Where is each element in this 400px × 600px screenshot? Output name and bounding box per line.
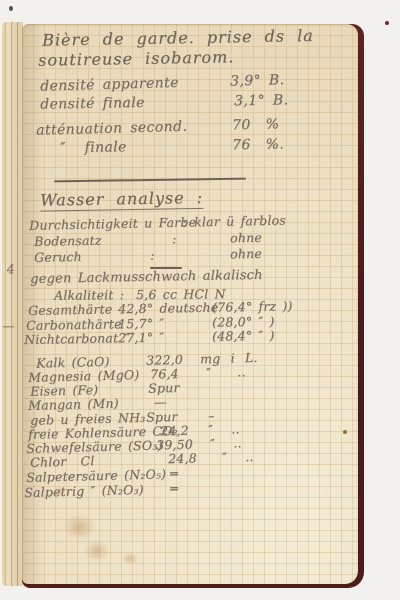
edge-number: 4 bbox=[6, 261, 15, 277]
foxing-stain bbox=[122, 552, 138, 565]
chlor-value: 24,8 bbox=[168, 450, 197, 466]
alkalinity-label: Alkaliteit : bbox=[54, 287, 124, 303]
noncarbonate-hardness-french: (48,4° ″ ) bbox=[212, 328, 275, 344]
kalk-row: Kalk (CaO) 322,0 mg i L. bbox=[22, 347, 358, 356]
density-final-value: 3,1° B. bbox=[234, 92, 289, 109]
total-hardness-label: Gesamthärte bbox=[28, 301, 112, 317]
litmus-row: gegen Lackmus schwach alkalisch bbox=[22, 266, 358, 272]
density-final-label: densité finale bbox=[40, 95, 145, 113]
paper-speck bbox=[343, 430, 347, 434]
odor-colon: : bbox=[150, 248, 155, 263]
total-hardness-french: (76,4° frz )) bbox=[212, 298, 293, 314]
odor-value: ohne bbox=[230, 246, 262, 262]
attenuation-final-value: 76 %. bbox=[232, 136, 284, 153]
sediment-value: ohne bbox=[230, 230, 262, 246]
notebook-page: Bière de garde. prise ds la soutireuse i… bbox=[22, 24, 358, 584]
foxing-stain bbox=[62, 514, 96, 540]
attenuation-second-value: 70 % bbox=[232, 116, 280, 133]
ammonia-unit: – bbox=[208, 408, 215, 423]
background-speck bbox=[9, 6, 13, 11]
nitrite-label: Salpetrig ″ (N₂O₃) bbox=[24, 482, 144, 500]
page-edge-stack bbox=[2, 22, 23, 586]
attenuation-final-label: ″ finale bbox=[60, 139, 127, 156]
water-heading-text: Wasser analyse : bbox=[40, 188, 203, 212]
chlor-unit: ″ ‥ bbox=[222, 449, 254, 465]
attenuation-second-label: atténuation second. bbox=[36, 119, 187, 139]
beer-heading-line1: Bière de garde. prise ds la bbox=[22, 25, 358, 31]
beer-heading-text1: Bière de garde. prise ds la bbox=[42, 26, 314, 50]
foxing-stain bbox=[52, 486, 66, 497]
beer-heading-text2: soutireuse isobarom. bbox=[38, 47, 234, 69]
total-hardness-german: 42,8° deutsche bbox=[118, 300, 218, 317]
clarity-label: Durchsichtigkeit u Farbe bbox=[29, 214, 196, 232]
mangan-value: — bbox=[154, 394, 167, 409]
litmus-value: schwach alkalisch bbox=[138, 268, 263, 285]
nitrate-value: ═ bbox=[170, 466, 176, 481]
density-apparent-label: densité apparente bbox=[40, 75, 179, 95]
density-apparent-row: densité apparente 3,9° B. bbox=[22, 70, 358, 79]
water-heading-row: Wasser analyse : bbox=[22, 185, 358, 191]
sediment-label: Bodensatz bbox=[34, 233, 102, 249]
magnesia-unit: ″ ‥ bbox=[206, 364, 246, 380]
litmus-label: gegen Lackmus bbox=[30, 270, 138, 287]
nitrite-value: ═ bbox=[170, 481, 176, 496]
chlor-label: Chlor Cl bbox=[30, 453, 95, 470]
so3-label: Schwefelsäure (SO₃) bbox=[26, 437, 163, 456]
notebook-photo: 4 — Bière de garde. prise ds la soutireu… bbox=[0, 0, 400, 600]
clarity-value: klar ü farblos bbox=[194, 212, 286, 229]
foxing-stain bbox=[84, 540, 110, 562]
clarity-colon: : bbox=[182, 215, 187, 230]
section-divider-line bbox=[54, 178, 246, 183]
sediment-colon: : bbox=[172, 231, 177, 246]
attenuation-second-row: atténuation second. 70 % bbox=[22, 114, 358, 123]
edge-dash: — bbox=[2, 318, 15, 333]
background-speck-red bbox=[385, 21, 389, 25]
noncarbonate-hardness-label: Nichtcarbonat ″ bbox=[24, 330, 129, 347]
clarity-row: Durchsichtigkeit u Farbe : klar ü farblo… bbox=[22, 211, 358, 218]
odor-label: Geruch bbox=[34, 249, 82, 265]
density-apparent-value: 3,9° B. bbox=[230, 72, 285, 89]
noncarbonate-hardness-german: 27,1° ″ bbox=[118, 330, 164, 346]
